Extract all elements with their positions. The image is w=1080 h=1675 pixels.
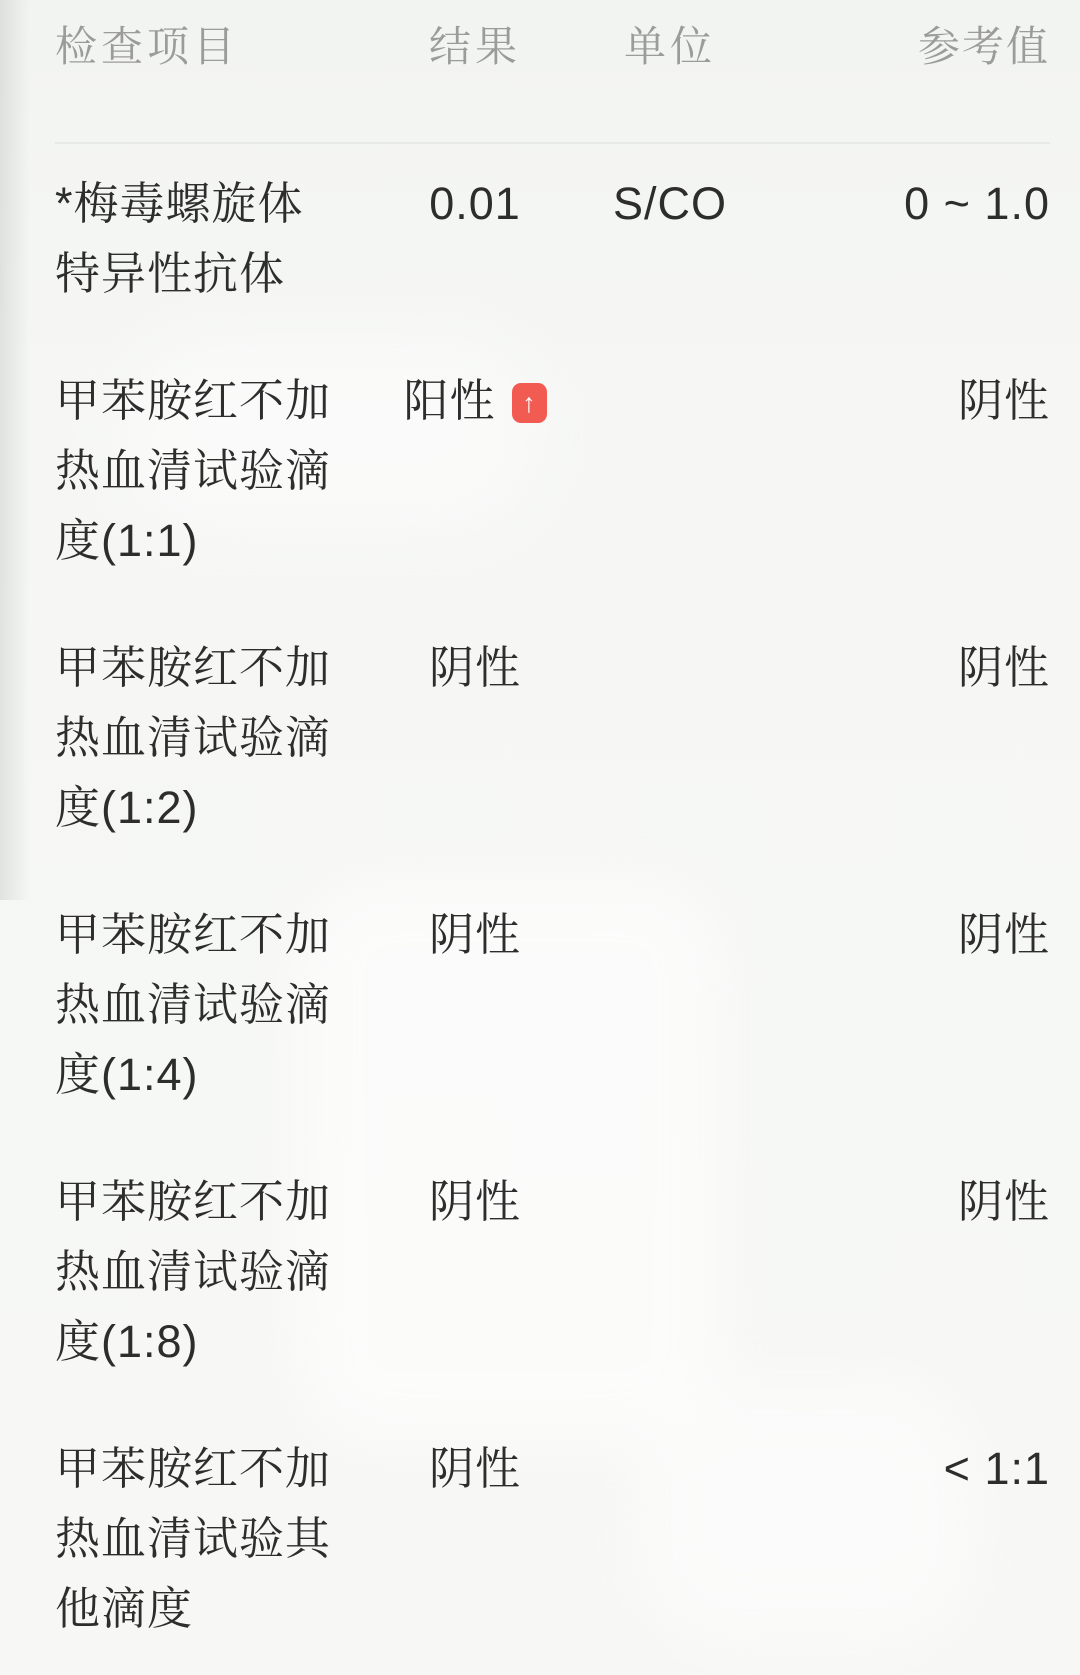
result-value: 阴性 <box>429 900 521 970</box>
cell-reference: 阴性 <box>775 900 1050 970</box>
cell-reference: 0 ~ 1.0 <box>775 169 1050 239</box>
table-row: 甲苯胺红不加热血清试验滴度(1:4) 阴性 阴性 <box>55 900 1050 1110</box>
result-value: 阴性 <box>429 1434 521 1504</box>
cell-test-item: 甲苯胺红不加热血清试验滴度(1:2) <box>55 633 385 843</box>
result-value: 0.01 <box>429 169 521 239</box>
reference-value: 0 ~ 1.0 <box>904 178 1050 229</box>
cell-test-item: 甲苯胺红不加热血清试验其他滴度 <box>55 1434 385 1644</box>
cell-reference: < 1:1 <box>775 1434 1050 1504</box>
table-header-row: 检查项目 结果 单位 参考值 <box>55 0 1050 82</box>
test-item-label: 甲苯胺红不加热血清试验其他滴度 <box>55 1443 331 1634</box>
cell-test-item: 甲苯胺红不加热血清试验滴度(1:8) <box>55 1167 385 1377</box>
cell-result: 0.01 <box>385 169 565 239</box>
cell-result: 阴性 <box>385 633 565 703</box>
up-arrow-badge-icon: ↑ <box>512 383 547 423</box>
left-edge-shading <box>0 0 30 900</box>
column-header-result: 结果 <box>385 12 565 82</box>
reference-value: 阴性 <box>958 375 1050 426</box>
column-header-item: 检查项目 <box>55 12 385 82</box>
table-body: *梅毒螺旋体特异性抗体 0.01 S/CO 0 ~ 1.0 甲苯胺红不加热血清试… <box>55 169 1050 1644</box>
reference-value: < 1:1 <box>944 1443 1050 1494</box>
test-item-label: 甲苯胺红不加热血清试验滴度(1:1) <box>55 375 331 566</box>
header-divider <box>55 142 1050 144</box>
cell-reference: 阴性 <box>775 633 1050 703</box>
result-value: 阴性 <box>429 633 521 703</box>
table-row: 甲苯胺红不加热血清试验滴度(1:2) 阴性 阴性 <box>55 633 1050 843</box>
cell-unit: S/CO <box>565 169 775 239</box>
table-row: 甲苯胺红不加热血清试验其他滴度 阴性 < 1:1 <box>55 1434 1050 1644</box>
unit-value: S/CO <box>613 178 727 229</box>
test-item-label: 甲苯胺红不加热血清试验滴度(1:4) <box>55 909 331 1100</box>
lab-results-screen: 检查项目 结果 单位 参考值 *梅毒螺旋体特异性抗体 0.01 S/CO 0 ~… <box>0 0 1080 1675</box>
cell-test-item: 甲苯胺红不加热血清试验滴度(1:4) <box>55 900 385 1110</box>
cell-test-item: 甲苯胺红不加热血清试验滴度(1:1) <box>55 366 385 576</box>
cell-test-item: *梅毒螺旋体特异性抗体 <box>55 169 385 309</box>
reference-value: 阴性 <box>958 1176 1050 1227</box>
test-item-label: 甲苯胺红不加热血清试验滴度(1:2) <box>55 642 331 833</box>
table-row: *梅毒螺旋体特异性抗体 0.01 S/CO 0 ~ 1.0 <box>55 169 1050 309</box>
cell-reference: 阴性 <box>775 366 1050 436</box>
cell-result: 阴性 <box>385 1434 565 1504</box>
result-value: 阳性 <box>403 366 495 436</box>
reference-value: 阴性 <box>958 909 1050 960</box>
reference-value: 阴性 <box>958 642 1050 693</box>
cell-result: 阴性 <box>385 1167 565 1237</box>
result-value: 阴性 <box>429 1167 521 1237</box>
cell-reference: 阴性 <box>775 1167 1050 1237</box>
test-item-label: 甲苯胺红不加热血清试验滴度(1:8) <box>55 1176 331 1367</box>
cell-result: 阴性 <box>385 900 565 970</box>
test-item-label: *梅毒螺旋体特异性抗体 <box>55 178 304 299</box>
column-header-reference: 参考值 <box>775 12 1050 82</box>
column-header-unit: 单位 <box>565 12 775 82</box>
cell-result: 阳性 ↑ <box>385 366 565 436</box>
lab-results-table: 检查项目 结果 单位 参考值 *梅毒螺旋体特异性抗体 0.01 S/CO 0 ~… <box>55 0 1050 1644</box>
table-row: 甲苯胺红不加热血清试验滴度(1:8) 阴性 阴性 <box>55 1167 1050 1377</box>
table-row: 甲苯胺红不加热血清试验滴度(1:1) 阳性 ↑ 阴性 <box>55 366 1050 576</box>
